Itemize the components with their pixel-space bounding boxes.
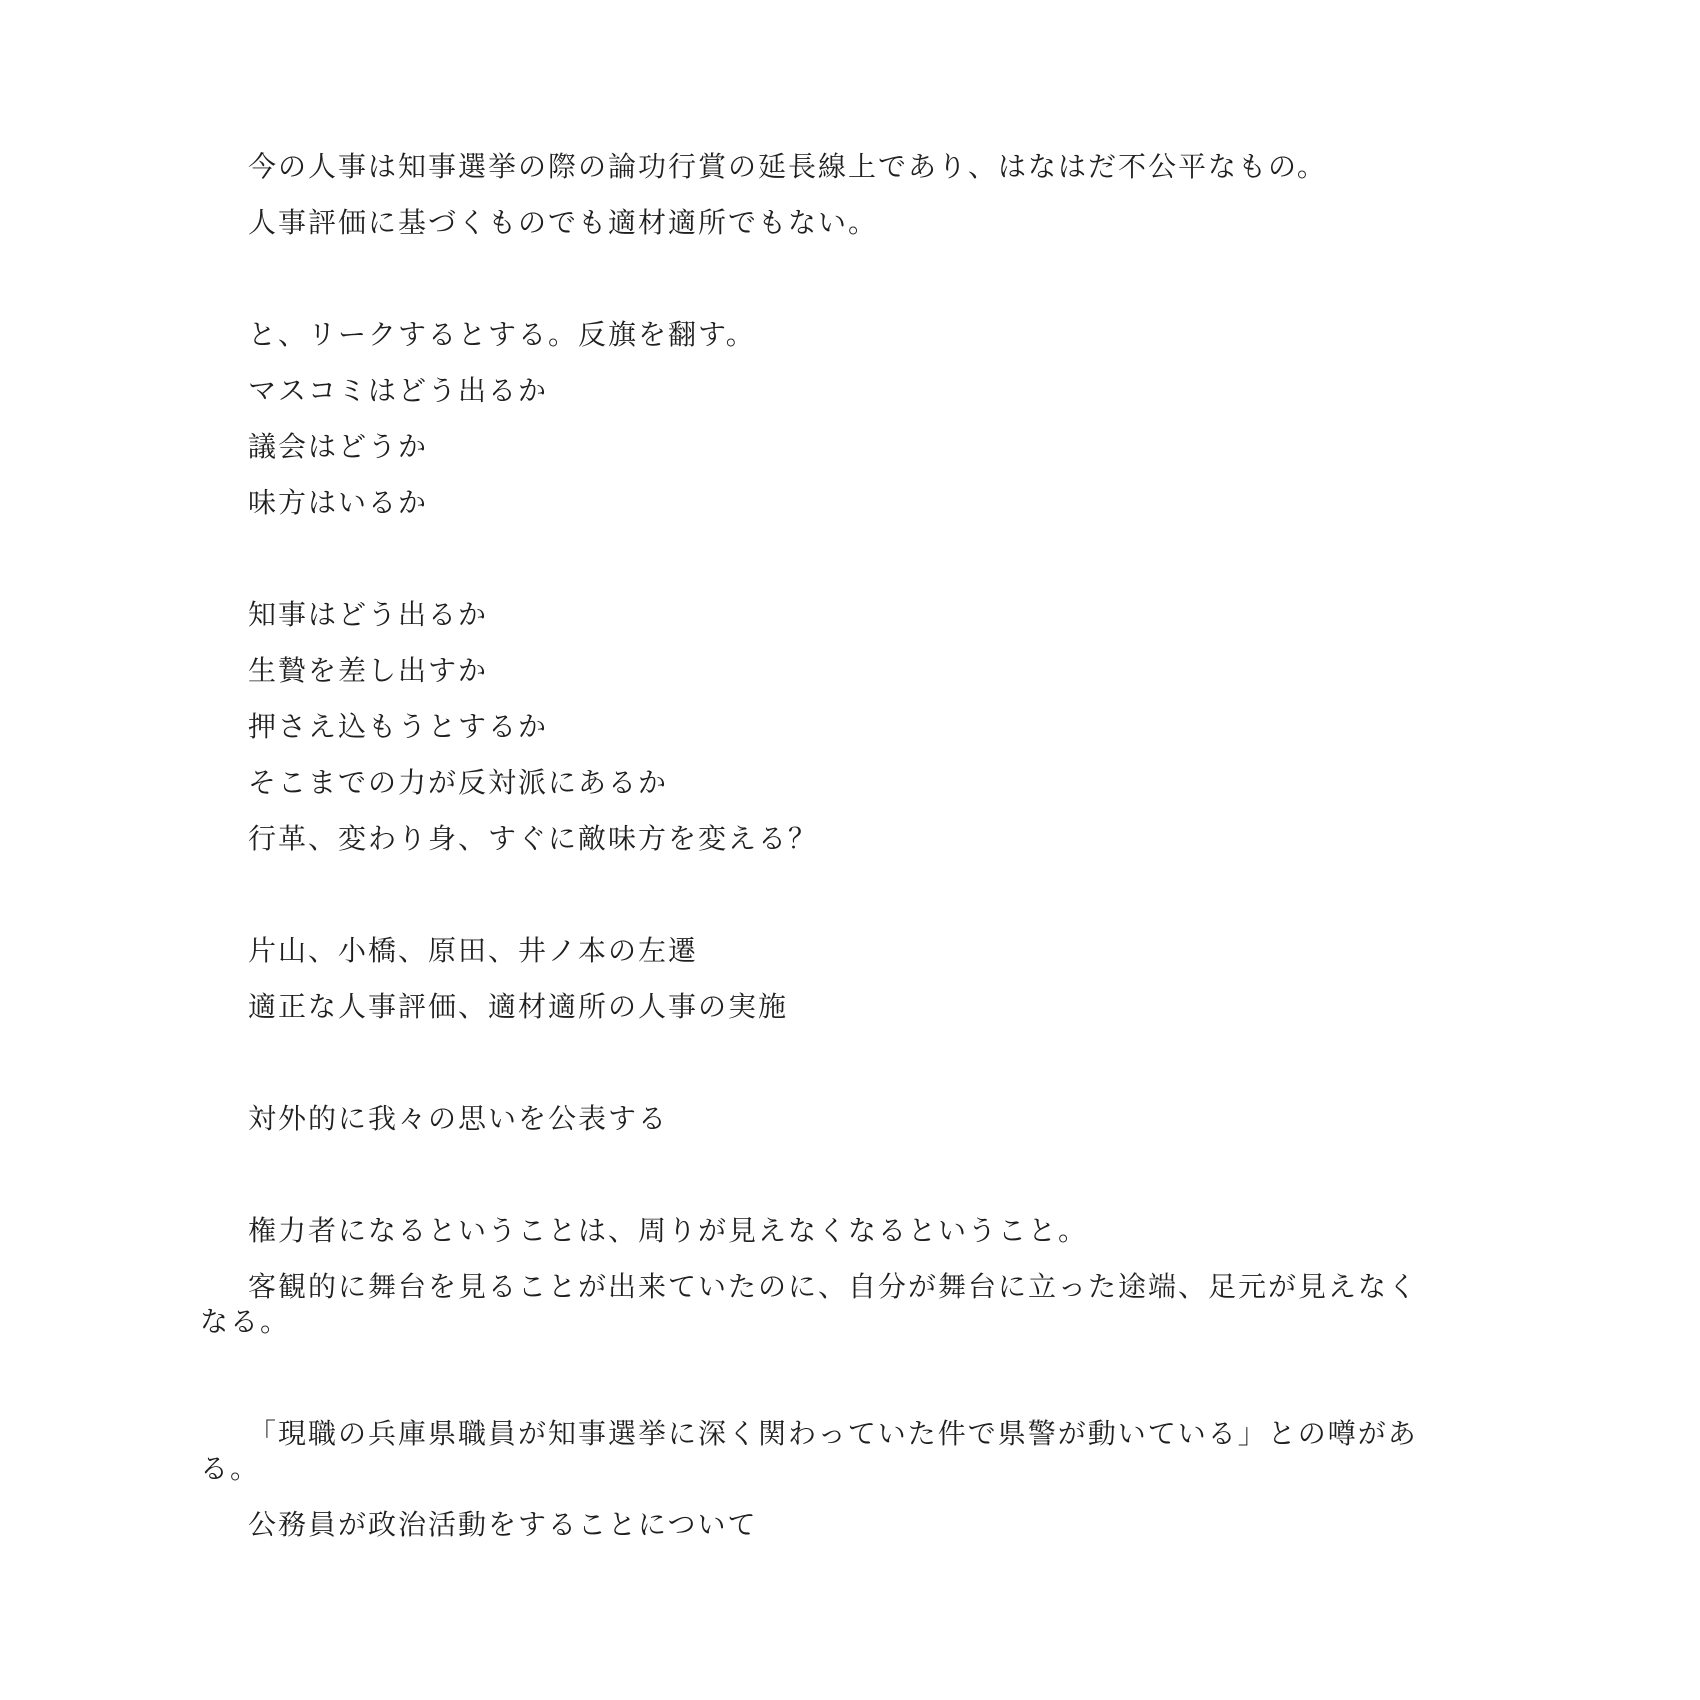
paragraph: 人事評価に基づくものでも適材適所でもない。 xyxy=(200,206,1432,241)
paragraph-blank xyxy=(200,262,1432,297)
paragraph-blank xyxy=(200,1361,1432,1396)
paragraph: 押さえ込もうとするか xyxy=(200,710,1432,745)
paragraph: マスコミはどう出るか xyxy=(200,374,1432,409)
paragraph: 「現職の兵庫県職員が知事選挙に深く関わっていた件で県警が動いている」との噂がある… xyxy=(200,1417,1432,1487)
paragraph: 公務員が政治活動をすることについて xyxy=(200,1508,1432,1543)
paragraph: 今の人事は知事選挙の際の論功行賞の延長線上であり、はなはだ不公平なもの。 xyxy=(200,150,1432,185)
paragraph: 議会はどうか xyxy=(200,430,1432,465)
paragraph-blank xyxy=(200,1158,1432,1193)
paragraph: 権力者になるということは、周りが見えなくなるということ。 xyxy=(200,1214,1432,1249)
paragraph: 味方はいるか xyxy=(200,486,1432,521)
document-page: 今の人事は知事選挙の際の論功行賞の延長線上であり、はなはだ不公平なもの。 人事評… xyxy=(0,0,1432,1543)
paragraph: 生贄を差し出すか xyxy=(200,654,1432,689)
paragraph: 行革、変わり身、すぐに敵味方を変える？ xyxy=(200,822,1432,857)
paragraph-blank xyxy=(200,1046,1432,1081)
paragraph: と、リークするとする。反旗を翻す。 xyxy=(200,318,1432,353)
paragraph-blank xyxy=(200,542,1432,577)
paragraph: 対外的に我々の思いを公表する xyxy=(200,1102,1432,1137)
paragraph: 適正な人事評価、適材適所の人事の実施 xyxy=(200,990,1432,1025)
paragraph: そこまでの力が反対派にあるか xyxy=(200,766,1432,801)
paragraph: 知事はどう出るか xyxy=(200,598,1432,633)
paragraph: 客観的に舞台を見ることが出来ていたのに、自分が舞台に立った途端、足元が見えなくな… xyxy=(200,1270,1432,1340)
paragraph: 片山、小橋、原田、井ノ本の左遷 xyxy=(200,934,1432,969)
paragraph-blank xyxy=(200,878,1432,913)
